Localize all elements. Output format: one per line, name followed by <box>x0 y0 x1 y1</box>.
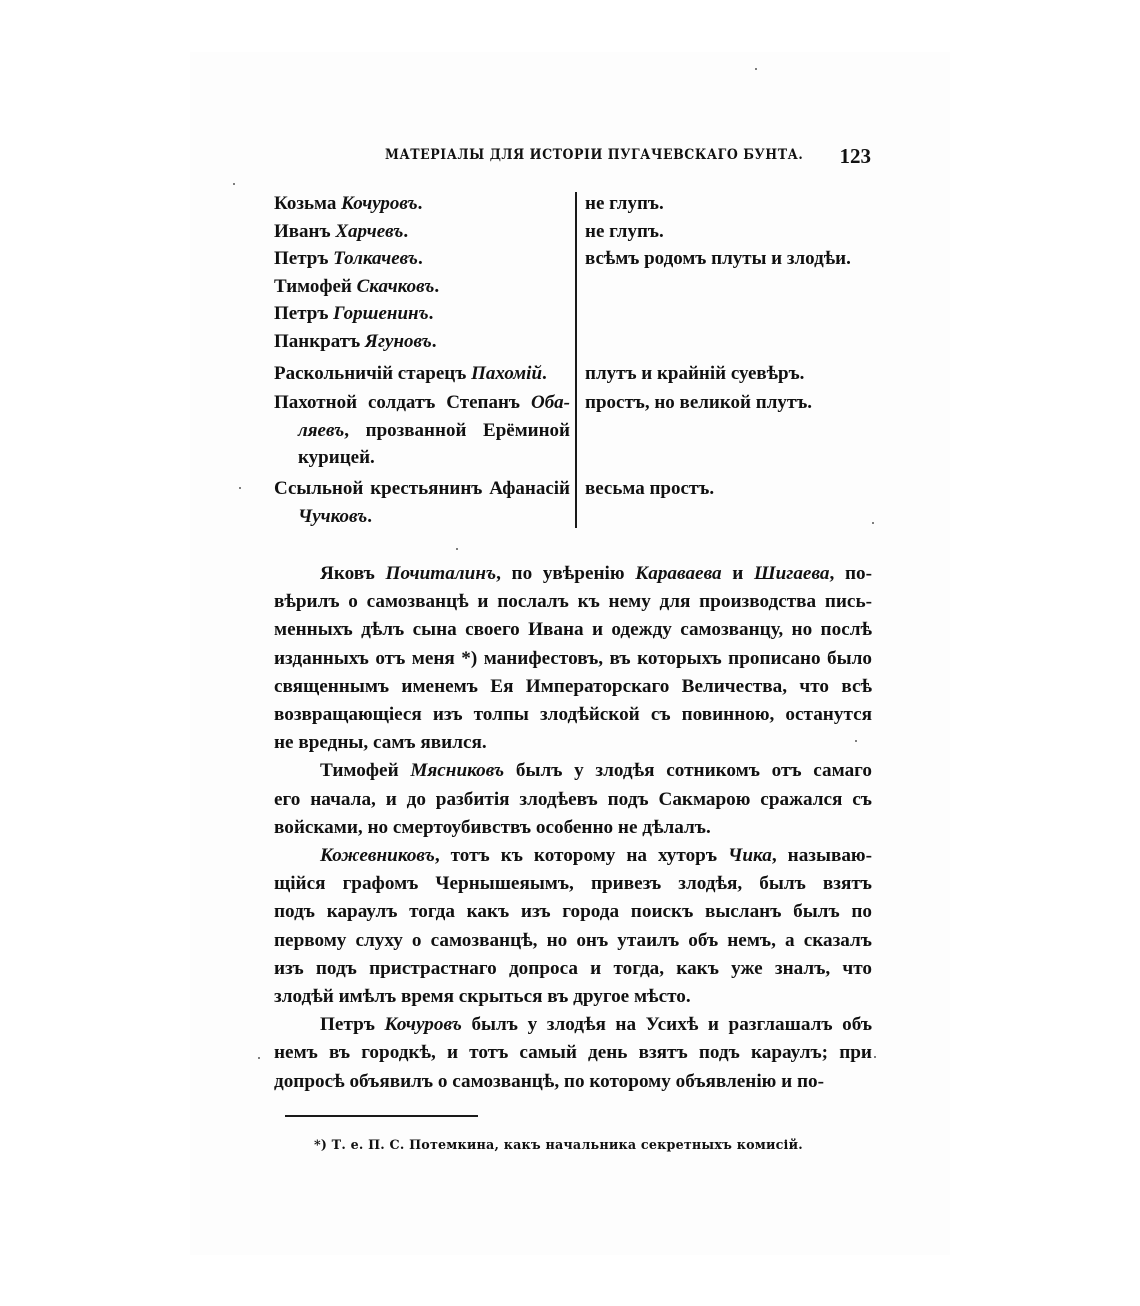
italic-name: Чика <box>728 845 772 866</box>
text-line: щійся графомъ Чернышеяымъ, привезъ злодѣ… <box>274 870 872 898</box>
text-line: изданныхъ отъ меня *) манифестовъ, въ ко… <box>274 645 872 673</box>
text-run: не вредны, самъ явился. <box>274 732 487 753</box>
paragraph: Тимофей Мясниковъ былъ у злодѣя сотником… <box>274 757 872 842</box>
text-line: подъ караулъ тогда какъ изъ города поиск… <box>274 898 872 926</box>
person-note: не глупъ. <box>585 218 885 246</box>
text-line: Петръ Кочуровъ былъ у злодѣя на Усихѣ и … <box>274 1011 872 1039</box>
person-note: весьма простъ. <box>585 475 885 503</box>
italic-name: Почиталинъ <box>386 563 497 584</box>
paragraph: Кожевниковъ, тотъ къ которому на хуторъ … <box>274 842 872 1011</box>
person-name: Козьма Кочуровъ. <box>274 190 570 218</box>
text-run: менныхъ дѣлъ сына своего Ивана и одежду … <box>274 619 872 640</box>
scan-speck <box>855 740 857 742</box>
person-name: Ссыльной крестьянинъ Афанасій Чучковъ. <box>274 475 570 530</box>
text-run: подъ караулъ тогда какъ изъ города поиск… <box>274 901 872 922</box>
person-name: Раскольничій старецъ Пахомій. <box>274 360 570 388</box>
text-run: изъ подъ пристрастнаго допроса и тогда, … <box>274 958 872 979</box>
text-line: злодѣй имѣлъ время скрыться въ другое мѣ… <box>274 983 872 1011</box>
text-run: , называю- <box>772 845 872 866</box>
text-line: немъ въ городкѣ, и тотъ самый день взятъ… <box>274 1039 872 1067</box>
text-run: вѣрилъ о самозванцѣ и послалъ къ нему дл… <box>274 591 872 612</box>
text-run: и <box>722 563 754 584</box>
text-line: изъ подъ пристрастнаго допроса и тогда, … <box>274 955 872 983</box>
italic-name: Кожевниковъ <box>320 845 435 866</box>
scan-speck <box>755 68 757 70</box>
person-note: простъ, но великой плутъ. <box>585 389 885 417</box>
text-run: изданныхъ отъ меня *) манифестовъ, въ ко… <box>274 648 872 669</box>
text-run: священнымъ именемъ Ея Императорскаго Вел… <box>274 676 872 697</box>
paragraph: Петръ Кочуровъ былъ у злодѣя на Усихѣ и … <box>274 1011 872 1096</box>
text-line: первому слуху о самозванцѣ, но онъ утаил… <box>274 927 872 955</box>
text-run: щійся графомъ Чернышеяымъ, привезъ злодѣ… <box>274 873 872 894</box>
text-run: , по- <box>830 563 873 584</box>
text-line: Яковъ Почиталинъ, по увѣренію Караваева … <box>274 560 872 588</box>
text-line: вѣрилъ о самозванцѣ и послалъ къ нему дл… <box>274 588 872 616</box>
text-line: допросѣ объявилъ о самозванцѣ, по которо… <box>274 1068 872 1096</box>
page-number: 123 <box>840 144 872 169</box>
text-run: немъ въ городкѣ, и тотъ самый день взятъ… <box>274 1042 872 1063</box>
text-run: Петръ <box>320 1014 385 1035</box>
text-run: былъ у злодѣя на Усихѣ и разглашалъ объ <box>462 1014 872 1035</box>
scan-speck <box>872 522 874 524</box>
person-name: Тимофей Скачковъ. <box>274 273 570 301</box>
running-head: МАТЕРІАЛЫ ДЛЯ ИСТОРІИ ПУГАЧЕВСКАГО БУНТА… <box>385 144 875 168</box>
person-note: не глупъ. <box>585 190 885 218</box>
scan-speck <box>258 1057 260 1059</box>
scan-speck <box>456 548 458 550</box>
text-run: злодѣй имѣлъ время скрыться въ другое мѣ… <box>274 986 691 1007</box>
italic-name: Мясниковъ <box>410 760 504 781</box>
italic-name: Кочуровъ <box>385 1014 462 1035</box>
person-name: Панкратъ Ягуновъ. <box>274 328 570 356</box>
italic-name: Караваева <box>635 563 721 584</box>
text-line: не вредны, самъ явился. <box>274 729 872 757</box>
scan-speck <box>874 1056 876 1058</box>
text-line: его начала, и до разбитія злодѣевъ подъ … <box>274 786 872 814</box>
paragraph: Яковъ Почиталинъ, по увѣренію Караваева … <box>274 560 872 757</box>
text-run: Яковъ <box>320 563 386 584</box>
scan-speck <box>233 183 235 185</box>
person-note: плутъ и крайній суевѣръ. <box>585 360 885 388</box>
text-run: первому слуху о самозванцѣ, но онъ утаил… <box>274 930 872 951</box>
running-title: МАТЕРІАЛЫ ДЛЯ ИСТОРІИ ПУГАЧЕВСКАГО БУНТА… <box>385 147 803 163</box>
text-run: его начала, и до разбитія злодѣевъ подъ … <box>274 789 872 810</box>
text-line: войсками, но смертоубивствъ особенно не … <box>274 814 872 842</box>
person-name: Иванъ Харчевъ. <box>274 218 570 246</box>
text-run: возвращающіеся изъ толпы злодѣйской съ п… <box>274 704 872 725</box>
table-column-divider <box>575 192 577 528</box>
scan-speck <box>239 487 241 489</box>
text-line: возвращающіеся изъ толпы злодѣйской съ п… <box>274 701 872 729</box>
body-text: Яковъ Почиталинъ, по увѣренію Караваева … <box>274 560 872 1096</box>
text-run: , по увѣренію <box>496 563 635 584</box>
text-line: священнымъ именемъ Ея Императорскаго Вел… <box>274 673 872 701</box>
italic-name: Шигаева <box>754 563 830 584</box>
text-run: , тотъ къ которому на хуторъ <box>435 845 728 866</box>
text-line: Тимофей Мясниковъ былъ у злодѣя сотником… <box>274 757 872 785</box>
person-note: всѣмъ родомъ плуты и злодѣи. <box>585 245 885 273</box>
text-run: войсками, но смертоубивствъ особенно не … <box>274 817 711 838</box>
footnote-rule <box>285 1115 478 1117</box>
person-name: Пахотной солдатъ Степанъ Оба- ляевъ, про… <box>274 389 570 472</box>
person-name: Петръ Горшенинъ. <box>274 300 570 328</box>
text-run: Тимофей <box>320 760 410 781</box>
text-line: менныхъ дѣлъ сына своего Ивана и одежду … <box>274 616 872 644</box>
footnote: *) Т. е. П. С. Потемкина, какъ начальник… <box>314 1137 803 1153</box>
text-line: Кожевниковъ, тотъ къ которому на хуторъ … <box>274 842 872 870</box>
person-name: Петръ Толкачевъ. <box>274 245 570 273</box>
text-run: былъ у злодѣя сотникомъ отъ самаго <box>504 760 872 781</box>
text-run: допросѣ объявилъ о самозванцѣ, по которо… <box>274 1071 824 1092</box>
